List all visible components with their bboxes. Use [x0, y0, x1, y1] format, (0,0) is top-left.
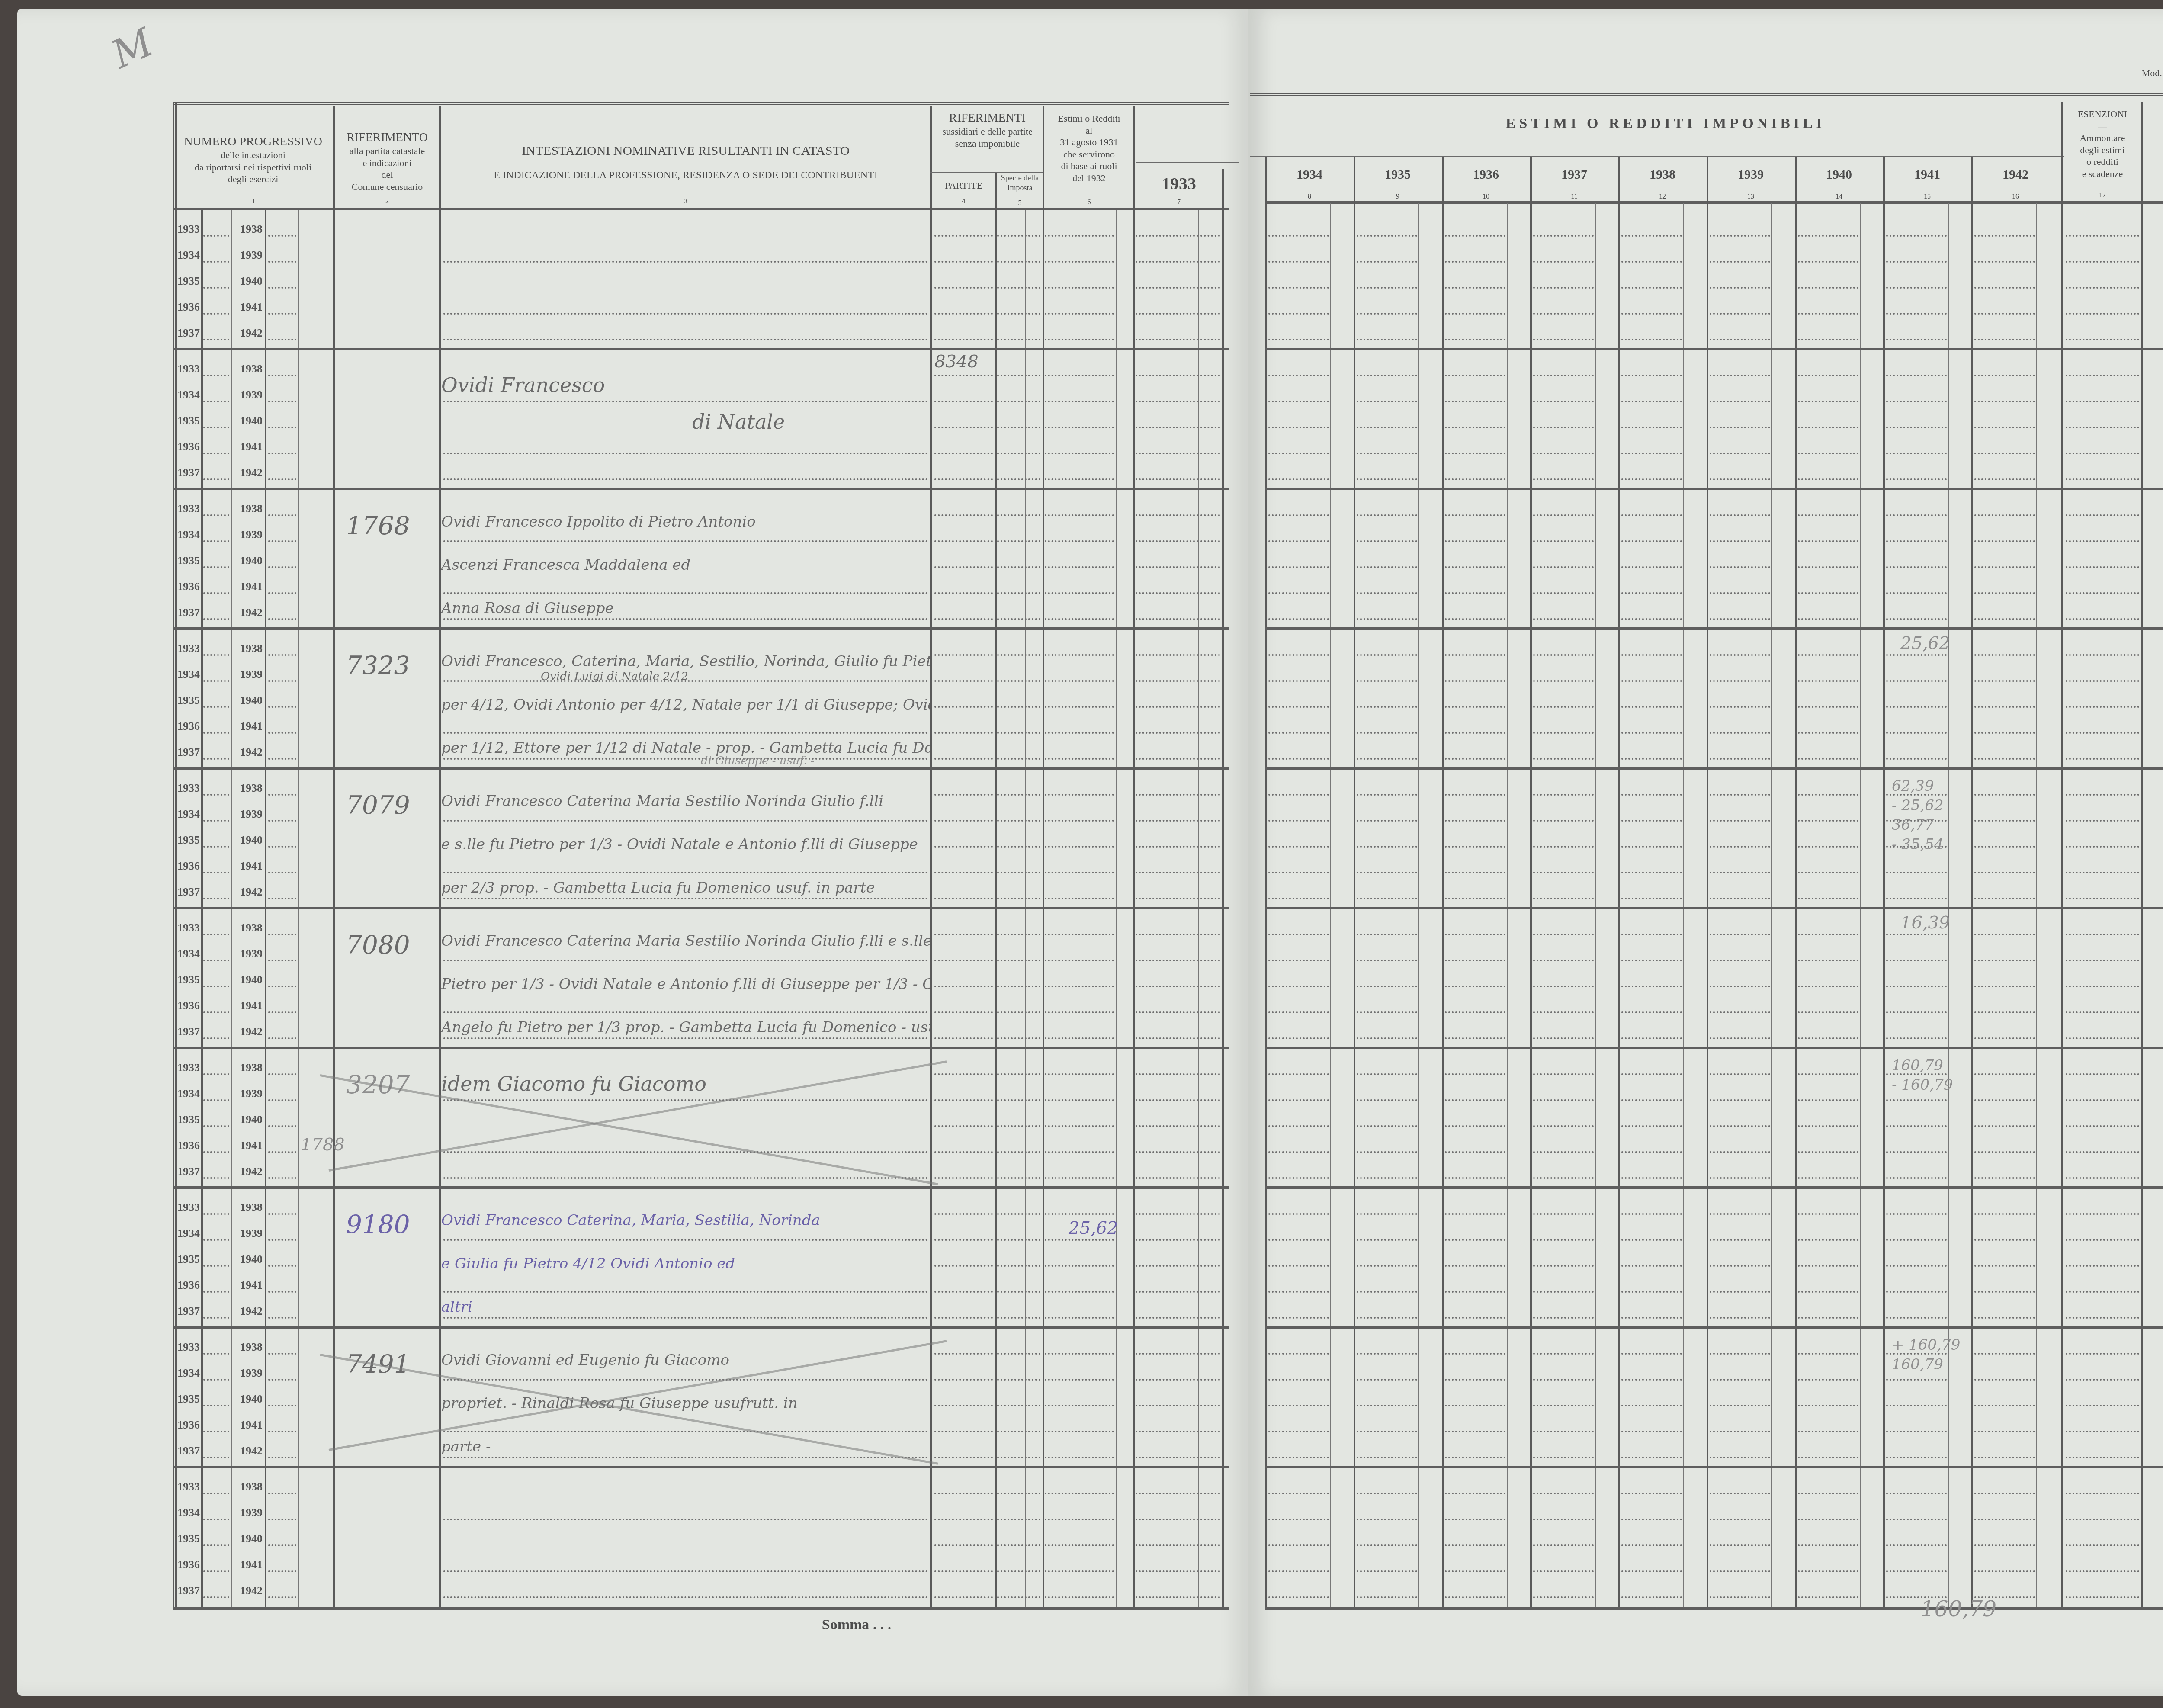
year-label: 1942 — [240, 1025, 263, 1038]
dotted-rule — [203, 960, 229, 961]
dotted-rule — [2066, 1353, 2139, 1355]
dotted-rule — [2066, 375, 2139, 376]
dotted-rule — [1886, 1151, 1947, 1153]
dotted-rule — [1974, 1379, 2035, 1381]
dotted-rule — [1136, 758, 1198, 760]
dotted-rule — [1710, 898, 1770, 899]
dotted-rule — [268, 960, 296, 961]
dotted-rule — [1268, 654, 1329, 656]
entry-separator — [173, 1186, 1229, 1189]
dotted-rule — [1974, 1177, 2035, 1179]
dotted-rule — [1974, 313, 2035, 315]
dotted-rule — [1533, 1570, 1594, 1572]
dotted-rule — [1621, 427, 1682, 428]
dotted-rule — [1710, 1431, 1770, 1432]
year-label: 1936 — [177, 999, 200, 1012]
dotted-rule — [1798, 1379, 1858, 1381]
dotted-rule — [1710, 287, 1770, 289]
dotted-rule — [1621, 592, 1682, 594]
dotted-rule — [934, 1037, 993, 1039]
dotted-rule — [1268, 1493, 1329, 1494]
dotted-rule — [1045, 1353, 1114, 1355]
somma-label: Somma . . . — [792, 1616, 921, 1634]
dotted-rule — [1045, 1493, 1114, 1494]
dotted-rule — [1445, 1011, 1505, 1013]
dotted-rule — [1445, 654, 1505, 656]
dotted-rule — [997, 1431, 1040, 1432]
dotted-rule — [1621, 478, 1682, 480]
year-label: 1940 — [240, 834, 263, 847]
dotted-rule — [997, 680, 1040, 682]
dotted-rule — [1268, 1431, 1329, 1432]
dotted-rule — [1357, 1353, 1417, 1355]
year-label: 1940 — [240, 1113, 263, 1126]
dotted-rule — [1533, 1265, 1594, 1267]
dotted-rule — [1357, 1239, 1417, 1241]
dotted-rule — [1533, 453, 1594, 454]
dotted-rule — [443, 1239, 928, 1241]
dotted-rule — [997, 1570, 1040, 1572]
dotted-rule — [1798, 1213, 1858, 1215]
dotted-rule — [1136, 1431, 1198, 1432]
dotted-rule — [1045, 1099, 1114, 1101]
dotted-rule — [934, 846, 993, 848]
dotted-rule — [1445, 339, 1505, 340]
dotted-rule — [2066, 1570, 2139, 1572]
year-header-1934: 1934 — [1265, 167, 1354, 183]
dotted-rule — [1136, 986, 1198, 987]
dotted-rule — [1886, 1317, 1947, 1319]
dotted-rule — [1533, 654, 1594, 656]
dotted-rule — [934, 1493, 993, 1494]
calc-1941: 62,39 — [1892, 777, 1934, 795]
dotted-rule — [1621, 758, 1682, 760]
dotted-rule — [997, 706, 1040, 708]
dotted-rule — [1200, 313, 1220, 315]
dotted-rule — [1045, 846, 1114, 848]
dotted-rule — [1200, 680, 1220, 682]
dotted-rule — [1445, 1596, 1505, 1598]
dotted-rule — [934, 680, 993, 682]
dotted-rule — [1974, 1239, 2035, 1241]
dotted-rule — [203, 1493, 229, 1494]
dotted-rule — [1357, 1291, 1417, 1293]
dotted-rule — [443, 1151, 928, 1153]
dotted-rule — [997, 1151, 1040, 1153]
cents-divider — [1860, 203, 1861, 1607]
dotted-rule — [1357, 375, 1417, 376]
dotted-rule — [1710, 592, 1770, 594]
dotted-rule — [1621, 846, 1682, 848]
dotted-rule — [1974, 261, 2035, 263]
year-label: 1934 — [177, 249, 200, 262]
year-label: 1941 — [240, 1279, 263, 1292]
dotted-rule — [2066, 1151, 2139, 1153]
dotted-rule — [1268, 872, 1329, 873]
dotted-rule — [1445, 1405, 1505, 1406]
dotted-rule — [443, 1177, 928, 1179]
dotted-rule — [1710, 427, 1770, 428]
dotted-rule — [268, 235, 296, 237]
header-riferimenti-sussidiari: RIFERIMENTI sussidiari e delle partite s… — [932, 110, 1043, 149]
dotted-rule — [1886, 654, 1947, 656]
dotted-rule — [1886, 960, 1947, 961]
dotted-rule — [268, 1457, 296, 1458]
dotted-rule — [203, 427, 229, 428]
dotted-rule — [1710, 1011, 1770, 1013]
dotted-rule — [1974, 566, 2035, 568]
dotted-rule — [1974, 1431, 2035, 1432]
dotted-rule — [1045, 1457, 1114, 1458]
dotted-rule — [1798, 514, 1858, 516]
dotted-rule — [1974, 287, 2035, 289]
dotted-rule — [1136, 1037, 1198, 1039]
dotted-rule — [1974, 794, 2035, 796]
dotted-rule — [1445, 706, 1505, 708]
year-label: 1933 — [177, 782, 200, 795]
dotted-rule — [934, 1265, 993, 1267]
dotted-rule — [203, 235, 229, 237]
year-label: 1937 — [177, 746, 200, 759]
dotted-rule — [1200, 540, 1220, 542]
dotted-rule — [1533, 261, 1594, 263]
dotted-rule — [1533, 1291, 1594, 1293]
dotted-rule — [1136, 1213, 1198, 1215]
dotted-rule — [1621, 1379, 1682, 1381]
dotted-rule — [934, 1457, 993, 1458]
dotted-rule — [1136, 375, 1198, 376]
dotted-rule — [1268, 235, 1329, 237]
dotted-rule — [1445, 1265, 1505, 1267]
year-column-divider — [1795, 157, 1797, 1607]
dotted-rule — [2066, 732, 2139, 734]
dotted-rule — [1357, 986, 1417, 987]
dotted-rule — [1136, 339, 1198, 340]
dotted-rule — [1710, 1379, 1770, 1381]
dotted-rule — [1045, 1073, 1114, 1075]
dotted-rule — [268, 758, 296, 760]
dotted-rule — [1798, 1493, 1858, 1494]
dotted-rule — [268, 339, 296, 340]
dotted-rule — [2066, 540, 2139, 542]
year-header-1938: 1938 — [1618, 167, 1707, 183]
year-column-divider — [1442, 157, 1444, 1607]
dotted-rule — [268, 375, 296, 376]
dotted-rule — [997, 287, 1040, 289]
dotted-rule — [1533, 375, 1594, 376]
dotted-rule — [1445, 1379, 1505, 1381]
dotted-rule — [1268, 1011, 1329, 1013]
dotted-rule — [997, 1493, 1040, 1494]
calc-1941: 36,77 — [1892, 816, 1934, 834]
entry-separator — [1265, 1186, 2163, 1189]
year-label: 1941 — [240, 999, 263, 1012]
dotted-rule — [1200, 235, 1220, 237]
dotted-rule — [1357, 339, 1417, 340]
dotted-rule — [1445, 566, 1505, 568]
dotted-rule — [1886, 514, 1947, 516]
year-label: 1935 — [177, 973, 200, 986]
dotted-rule — [1357, 1213, 1417, 1215]
dotted-rule — [2066, 453, 2139, 454]
dotted-rule — [1886, 235, 1947, 237]
intestazione-line: Ovidi Giovanni ed Eugenio fu Giacomo — [441, 1352, 729, 1369]
dotted-rule — [1268, 478, 1329, 480]
dotted-rule — [1357, 934, 1417, 935]
dotted-rule — [997, 427, 1040, 428]
dotted-rule — [2066, 1519, 2139, 1520]
dotted-rule — [934, 1353, 993, 1355]
dotted-rule — [1621, 453, 1682, 454]
dotted-rule — [1798, 872, 1858, 873]
dotted-rule — [1798, 1291, 1858, 1293]
header-riferimento: RIFERIMENTO alla partita catastale e ind… — [335, 130, 439, 193]
dotted-rule — [934, 794, 993, 796]
dotted-rule — [1621, 1099, 1682, 1101]
dotted-rule — [1357, 1405, 1417, 1406]
dotted-rule — [203, 846, 229, 848]
dotted-rule — [1621, 1037, 1682, 1039]
dotted-rule — [1357, 1011, 1417, 1013]
dotted-rule — [1798, 339, 1858, 340]
dotted-rule — [1045, 1213, 1114, 1215]
dotted-rule — [2066, 846, 2139, 848]
dotted-rule — [1045, 618, 1114, 620]
cents-divider — [1948, 203, 1949, 1607]
dotted-rule — [1045, 1037, 1114, 1039]
dotted-rule — [1045, 1405, 1114, 1406]
year-header-1937: 1937 — [1530, 167, 1618, 183]
dotted-rule — [1200, 1291, 1220, 1293]
year-label: 1939 — [240, 808, 263, 821]
dotted-rule — [1533, 339, 1594, 340]
dotted-rule — [203, 1431, 229, 1432]
dotted-rule — [443, 618, 928, 620]
dotted-rule — [1798, 1405, 1858, 1406]
dotted-rule — [1268, 401, 1329, 402]
dotted-rule — [997, 820, 1040, 822]
year-label: 1933 — [177, 921, 200, 934]
dotted-rule — [1710, 1317, 1770, 1319]
dotted-rule — [1798, 1239, 1858, 1241]
dotted-rule — [2066, 1405, 2139, 1406]
dotted-rule — [1533, 1011, 1594, 1013]
dotted-rule — [1045, 1291, 1114, 1293]
dotted-rule — [1045, 261, 1114, 263]
dotted-rule — [268, 1099, 296, 1101]
dotted-rule — [268, 1519, 296, 1520]
dotted-rule — [1136, 1596, 1198, 1598]
year-label: 1940 — [240, 694, 263, 707]
year-label: 1936 — [177, 1558, 200, 1571]
dotted-rule — [1268, 934, 1329, 935]
dotted-rule — [1445, 1317, 1505, 1319]
dotted-rule — [1268, 732, 1329, 734]
year-column-divider — [1530, 157, 1532, 1607]
dotted-rule — [934, 401, 993, 402]
dotted-rule — [1357, 1431, 1417, 1432]
year-label: 1942 — [240, 1305, 263, 1318]
dotted-rule — [1886, 1405, 1947, 1406]
dotted-rule — [1974, 592, 2035, 594]
dotted-rule — [1533, 1213, 1594, 1215]
dotted-rule — [1621, 566, 1682, 568]
dotted-rule — [934, 820, 993, 822]
entry-separator — [1265, 1466, 2163, 1468]
form-code: Mod. 111 - Imposte Dirette (Intercalare)… — [1860, 67, 2163, 79]
dotted-rule — [1136, 820, 1198, 822]
dotted-rule — [1136, 872, 1198, 873]
dotted-rule — [1445, 1519, 1505, 1520]
dotted-rule — [1621, 1291, 1682, 1293]
dotted-rule — [997, 1317, 1040, 1319]
dotted-rule — [1200, 758, 1220, 760]
dotted-rule — [1045, 758, 1114, 760]
dotted-rule — [997, 1011, 1040, 1013]
dotted-rule — [1710, 540, 1770, 542]
dotted-rule — [203, 478, 229, 480]
dotted-rule — [1045, 1151, 1114, 1153]
year-label: 1942 — [240, 886, 263, 899]
dotted-rule — [1974, 514, 2035, 516]
dotted-rule — [1886, 339, 1947, 340]
dotted-rule — [1621, 1353, 1682, 1355]
dotted-rule — [1045, 654, 1114, 656]
dotted-rule — [997, 313, 1040, 315]
dotted-rule — [1445, 453, 1505, 454]
dotted-rule — [1710, 1177, 1770, 1179]
dotted-rule — [1200, 934, 1220, 935]
dotted-rule — [1798, 453, 1858, 454]
dotted-rule — [203, 1353, 229, 1355]
dotted-rule — [1357, 261, 1417, 263]
dotted-rule — [2066, 1544, 2139, 1546]
entry-separator — [173, 1047, 1229, 1049]
dotted-rule — [1200, 1431, 1220, 1432]
year-label: 1933 — [177, 1201, 200, 1214]
dotted-rule — [1974, 1099, 2035, 1101]
year-label: 1940 — [240, 973, 263, 986]
year-label: 1934 — [177, 1506, 200, 1519]
year-label: 1938 — [240, 782, 263, 795]
dotted-rule — [1445, 540, 1505, 542]
dotted-rule — [1621, 1265, 1682, 1267]
year-header-1942: 1942 — [1971, 167, 2060, 183]
year-label: 1937 — [177, 327, 200, 340]
dotted-rule — [1268, 1353, 1329, 1355]
dotted-rule — [1045, 427, 1114, 428]
dotted-rule — [1886, 1431, 1947, 1432]
dotted-rule — [1045, 339, 1114, 340]
dotted-rule — [443, 898, 928, 899]
dotted-rule — [203, 1379, 229, 1381]
dotted-rule — [1886, 1493, 1947, 1494]
year-label: 1940 — [240, 414, 263, 427]
year-label: 1935 — [177, 1253, 200, 1266]
dotted-rule — [1357, 1125, 1417, 1127]
dotted-rule — [1533, 1457, 1594, 1458]
year-label: 1940 — [240, 554, 263, 567]
dotted-rule — [997, 1239, 1040, 1241]
dotted-rule — [268, 1011, 296, 1013]
year-label: 1933 — [177, 502, 200, 515]
dotted-rule — [1886, 287, 1947, 289]
dotted-rule — [1974, 680, 2035, 682]
entry-separator — [173, 348, 1229, 350]
dotted-rule — [1136, 960, 1198, 961]
year-label: 1934 — [177, 808, 200, 821]
dotted-rule — [203, 1177, 229, 1179]
dotted-rule — [1533, 846, 1594, 848]
dotted-rule — [934, 453, 993, 454]
dotted-rule — [443, 1457, 928, 1458]
dotted-rule — [1621, 1596, 1682, 1598]
dotted-rule — [443, 478, 928, 480]
entry-separator — [173, 767, 1229, 770]
intestazione-line: Pietro per 1/3 - Ovidi Natale e Antonio … — [441, 976, 930, 993]
dotted-rule — [1886, 1379, 1947, 1381]
dotted-rule — [1045, 680, 1114, 682]
dotted-rule — [2066, 960, 2139, 961]
year-label: 1936 — [177, 1419, 200, 1432]
dotted-rule — [1974, 478, 2035, 480]
dotted-rule — [443, 1011, 928, 1013]
year-label: 1933 — [177, 1480, 200, 1493]
year-label: 1937 — [177, 1025, 200, 1038]
dotted-rule — [1533, 1073, 1594, 1075]
dotted-rule — [1268, 287, 1329, 289]
dotted-rule — [2066, 706, 2139, 708]
dotted-rule — [1136, 732, 1198, 734]
dotted-rule — [1045, 1379, 1114, 1381]
dotted-rule — [934, 960, 993, 961]
dotted-rule — [1268, 1457, 1329, 1458]
dotted-rule — [1268, 1544, 1329, 1546]
header-annotazioni: ANNOTAZIONI — [2144, 138, 2163, 154]
intestazione-line: Ovidi Francesco — [441, 373, 605, 397]
dotted-rule — [1798, 1073, 1858, 1075]
dotted-rule — [1886, 453, 1947, 454]
dotted-rule — [997, 934, 1040, 935]
dotted-rule — [1136, 1011, 1198, 1013]
dotted-rule — [997, 846, 1040, 848]
dotted-rule — [1710, 1596, 1770, 1598]
dotted-rule — [1798, 934, 1858, 935]
year-label: 1938 — [240, 223, 263, 236]
dotted-rule — [1974, 375, 2035, 376]
dotted-rule — [268, 820, 296, 822]
dotted-rule — [203, 287, 229, 289]
dotted-rule — [934, 654, 993, 656]
dotted-rule — [268, 1405, 296, 1406]
dotted-rule — [1533, 898, 1594, 899]
year-label: 1933 — [177, 1341, 200, 1354]
dotted-rule — [1974, 1544, 2035, 1546]
dotted-rule — [1886, 592, 1947, 594]
year-label: 1936 — [177, 1279, 200, 1292]
dotted-rule — [1798, 1037, 1858, 1039]
dotted-rule — [1533, 1317, 1594, 1319]
dotted-rule — [1445, 960, 1505, 961]
dotted-rule — [1533, 820, 1594, 822]
dotted-rule — [1045, 540, 1114, 542]
dotted-rule — [2066, 1431, 2139, 1432]
partite-reference: 8348 — [934, 352, 979, 372]
dotted-rule — [443, 1570, 928, 1572]
dotted-rule — [1710, 453, 1770, 454]
dotted-rule — [443, 1317, 928, 1319]
dotted-rule — [1710, 794, 1770, 796]
